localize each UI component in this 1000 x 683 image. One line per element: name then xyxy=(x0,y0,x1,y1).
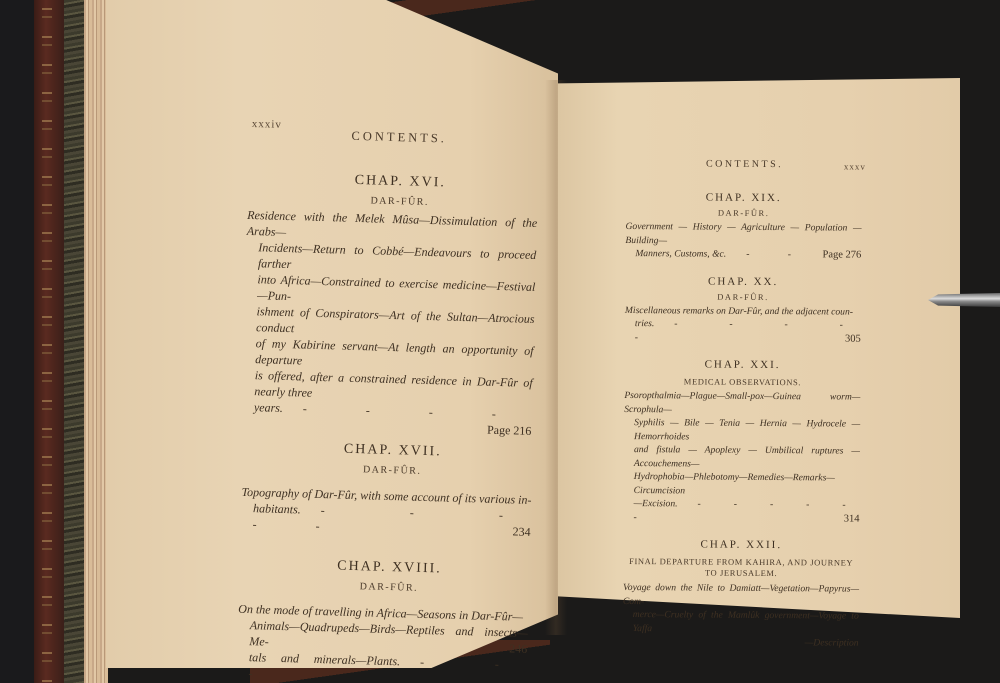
running-head: CONTENTS. xyxy=(706,159,783,171)
leather-cover-edge xyxy=(34,0,64,683)
pen-pointer xyxy=(928,293,1000,307)
page-reference: Page 216 xyxy=(487,422,532,439)
marbled-board xyxy=(64,0,84,683)
page-edges xyxy=(84,0,108,683)
page-number: xxxiv xyxy=(252,118,282,131)
chapter-subtitle: DAR-FÛR. xyxy=(242,461,542,480)
chapter-summary: Voyage down the Nile to Damiatt—Vegetati… xyxy=(623,581,859,650)
page-reference: 234 xyxy=(512,523,530,539)
chapter-title: CHAP. XVIII. xyxy=(239,556,539,580)
page-reference: 314 xyxy=(844,512,860,526)
gilt-tooling xyxy=(42,0,52,683)
chapter-summary: Miscellaneous remarks on Dar-Fûr, and th… xyxy=(625,303,861,345)
chapter-entry: CHAP. XXI. MEDICAL OBSERVATIONS. Psoropt… xyxy=(623,358,860,526)
chapter-subtitle: DAR-FÛR. xyxy=(626,207,862,219)
page-reference: 305 xyxy=(845,332,861,346)
chapter-entry: CHAP. XVI. DAR-FÛR. Residence with the M… xyxy=(244,170,551,423)
page-reference: 246 xyxy=(509,640,527,656)
chapter-entry: CHAP. XVII. DAR-FÛR. Topography of Dar-F… xyxy=(240,439,542,540)
left-page-text: xxxiv CONTENTS. CHAP. XVI. DAR-FÛR. Resi… xyxy=(236,118,552,683)
chapter-subtitle: DAR-FÛR. xyxy=(239,578,539,597)
chapter-entry: CHAP. XIX. DAR-FÛR. Government — History… xyxy=(625,191,861,262)
chapter-entry: CHAP. XXII. FINAL DEPARTURE FROM KAHIRA,… xyxy=(623,538,860,650)
running-head: CONTENTS. xyxy=(351,129,447,147)
chapter-summary: Psoropthalmia—Plague—Small-pox—Guinea wo… xyxy=(623,389,860,526)
chapter-subtitle: FINAL DEPARTURE FROM KAHIRA, AND JOURNEY… xyxy=(623,556,859,580)
chapter-entry: CHAP. XVIII. DAR-FÛR. On the mode of tra… xyxy=(236,556,539,683)
right-page-text: CONTENTS. xxxv CHAP. XIX. DAR-FÛR. Gover… xyxy=(623,158,862,650)
chapter-title: CHAP. XVII. xyxy=(243,439,543,463)
chapter-summary: Residence with the Melek Mûsa—Dissimulat… xyxy=(242,207,538,423)
chapter-summary: Government — History — Agriculture — Pop… xyxy=(625,220,861,262)
chapter-subtitle: DAR-FÛR. xyxy=(625,290,861,302)
chapter-title: CHAP. XXII. xyxy=(623,538,859,552)
chapter-title: CHAP. XIX. xyxy=(626,191,862,205)
chapter-title: CHAP. XVI. xyxy=(250,170,550,194)
chapter-title: CHAP. XX. xyxy=(625,274,861,288)
chapter-summary: On the mode of travelling in Africa—Seas… xyxy=(236,601,528,683)
chapter-title: CHAP. XXI. xyxy=(625,358,861,372)
chapter-summary: Topography of Dar-Fûr, with some account… xyxy=(240,484,531,540)
chapter-subtitle: MEDICAL OBSERVATIONS. xyxy=(624,376,860,388)
chapter-entry: CHAP. XX. DAR-FÛR. Miscellaneous remarks… xyxy=(625,274,861,345)
page-number: xxxv xyxy=(844,162,866,172)
page-reference: Page 276 xyxy=(822,248,861,262)
